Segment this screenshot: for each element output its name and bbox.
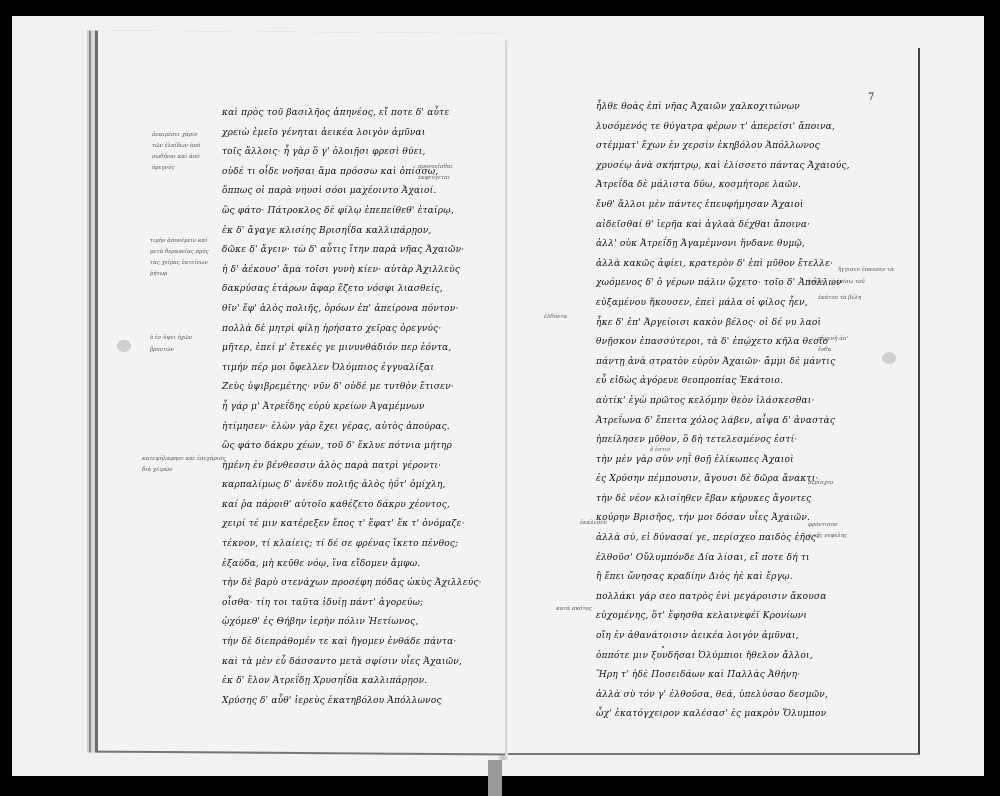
text-line: αὐτίκ' ἐγὼ πρῶτος κελόμην θεὸν ἱλάσκεσθα… [596, 392, 850, 412]
margin-note: κατεψήλαφησε καὶ ἐπεχάρισε [142, 454, 226, 465]
margin-note: ὁ τῆς νεφέλης [808, 531, 847, 542]
text-line: τὴν δὲ νέον κλισίηθεν ἔβαν κήρυκες ἄγοντ… [596, 490, 850, 510]
text-line: Ἀτρεΐωνα δ' ἔπειτα χόλος λάβεν, αἶψα δ' … [596, 412, 850, 432]
text-line: καὶ τὰ μὲν εὖ δάσσαντο μετὰ σφίσιν υἷες … [222, 653, 482, 673]
text-line: ἀλλ' οὐκ Ἀτρεΐδῃ Ἀγαμέμνονι ἥνδανε θυμῷ, [596, 235, 850, 255]
text-line: ἐκ δ' ἄγαγε κλισίης Βρισηΐδα καλλιπάρῃον… [222, 222, 482, 242]
text-line: ὅππως οἱ παρὰ νηυσὶ σόοι μαχέοιντο Ἀχαιο… [222, 182, 482, 202]
text-line: ἐλθοῦσ' Οὔλυμπόνδε Δία λίσαι, εἴ ποτε δή… [596, 549, 850, 569]
text-line: αἰδεῖσθαί θ' ἱερῆα καὶ ἀγλαὰ δέχθαι ἄποι… [596, 216, 850, 236]
text-line: Ἀτρεΐδα δὲ μάλιστα δύω, κοσμήτορε λαῶν. [596, 176, 850, 196]
text-line: ἢ ἔπει ὤνησας κραδίην Διὸς ἠὲ καὶ ἔργῳ. [596, 568, 850, 588]
margin-note: μετὰ θεραπείας πρὸς [150, 247, 209, 258]
text-line: ἐκ δ' ἕλον Ἀτρεΐδῃ Χρυσηΐδα καλλιπάρῃον. [222, 672, 482, 692]
margin-note: τιμὴν ἀπονέμειν καὶ [150, 236, 207, 247]
text-line: πολλάκι γάρ σεο πατρὸς ἐνὶ μεγάροισιν ἄκ… [596, 588, 850, 608]
text-line: Ἥρη τ' ἠδὲ Ποσειδάων καὶ Παλλὰς Ἀθήνη· [596, 666, 850, 686]
left-page-text: καὶ πρὸς τοῦ βασιλῆος ἀπηνέος, εἴ ποτε δ… [222, 104, 482, 711]
text-line: δακρύσας ἑτάρων ἄφαρ ἕζετο νόσφι λιασθεί… [222, 280, 482, 300]
ink-blot [117, 340, 131, 352]
text-line: ἦλθε θοὰς ἐπὶ νῆας Ἀχαιῶν χαλκοχιτώνων [596, 98, 850, 118]
margin-note: ἤγγισεν ἐπαυσεν τὰ [838, 265, 894, 276]
text-line: θῖν' ἔφ' ἁλὸς πολιῆς, ὁρόων ἐπ' ἀπείρονα… [222, 300, 482, 320]
text-line: ὣς φάτο δάκρυ χέων, τοῦ δ' ἔκλυε πότνια … [222, 437, 482, 457]
page-mark [662, 646, 664, 648]
margin-note: ἐλθόντα [544, 312, 567, 323]
margin-note: εὐμενῆ ἀπ' [818, 334, 848, 345]
margin-note: ἀναιρέσει χάριν [152, 130, 198, 141]
page-mark [358, 640, 360, 642]
text-line: πολλὰ δὲ μητρὶ φίλῃ ἠρήσατο χεῖρας ὀρεγν… [222, 320, 482, 340]
text-line: Χρύσης δ' αὖθ' ἱερεὺς ἑκατηβόλου Ἀπόλλων… [222, 692, 482, 712]
margin-note: φρόντισον [808, 520, 837, 531]
text-line: τιμήν πέρ μοι ὄφελλεν Ὀλύμπιος ἐγγυαλίξα… [222, 359, 482, 379]
text-line: καρπαλίμως δ' ἀνέδυ πολιῆς ἁλὸς ἠΰτ' ὀμί… [222, 476, 482, 496]
text-line: ὦχ' ἑκατόγχειρον καλέσασ' ἐς μακρὸν Ὄλυμ… [596, 705, 850, 725]
text-line: πάντῃ ἀνὰ στρατὸν εὐρὺν Ἀχαιῶν· ἄμμι δὲ … [596, 353, 850, 373]
text-line: λυσόμενός τε θύγατρα φέρων τ' ἀπερείσι' … [596, 118, 850, 138]
text-line: τὴν δὲ διεπράθομέν τε καὶ ἤγομεν ἐνθάδε … [222, 633, 482, 653]
right-page-text: ἦλθε θοὰς ἐπὶ νῆας Ἀχαιῶν χαλκοχιτώνων λ… [596, 98, 850, 725]
text-line: οἴη ἐν ἀθανάτοισιν ἀεικέα λοιγὸν ἀμῦναι, [596, 627, 850, 647]
margin-note: τῶν ἐλπίδων ἀπὸ [152, 141, 200, 152]
text-line: Ζεὺς ὑψιβρεμέτης· νῦν δ' οὐδέ με τυτθὸν … [222, 378, 482, 398]
margin-note: βροντῶν [150, 345, 174, 356]
text-line: ὣς φάτο· Πάτροκλος δὲ φίλῳ ἐπεπείθεθ' ἑτ… [222, 202, 482, 222]
margin-note: ὁ ἐν ὕψει ἠχῶν [150, 333, 192, 344]
margin-note: τὰς χεῖρας ἐκτείνων [150, 258, 208, 269]
text-line: ἠτίμησεν· ἑλὼν γὰρ ἔχει γέρας, αὐτὸς ἀπο… [222, 418, 482, 438]
text-line: χρειὼ ἐμεῖο γένηται ἀεικέα λοιγὸν ἀμῦναι [222, 124, 482, 144]
text-line: τὴν μὲν γὰρ σὺν νηῒ θοῇ ἑλίκωπες Ἀχαιοὶ [596, 451, 850, 471]
margin-note: ἔνθα [818, 345, 831, 356]
margin-note: κατὰ σκότος [556, 604, 592, 615]
margin-note: ἐνόσει τὸ ἐπίσω τοῦ [808, 277, 865, 288]
margin-note: διὰ χειρῶν [142, 465, 172, 476]
margin-note: ὅ ἐστιν [650, 445, 670, 456]
text-line: χειρί τέ μιν κατέρεξεν ἔπος τ' ἔφατ' ἔκ … [222, 515, 482, 535]
text-line: καί ῥα πάροιθ' αὐτοῖο καθέζετο δάκρυ χέο… [222, 496, 482, 516]
folio-number: 7 [868, 92, 874, 103]
page-edge-tab [488, 760, 502, 796]
text-line: εὐχομένης, ὅτ' ἔφησθα κελαινεφέϊ Κρονίων… [596, 607, 850, 627]
text-line: ἐξαύδα, μὴ κεῦθε νόῳ, ἵνα εἴδομεν ἄμφω. [222, 555, 482, 575]
margin-note: προνοεῖσθαι [418, 162, 453, 173]
text-line: τὴν δὲ βαρὺ στενάχων προσέφη πόδας ὠκὺς … [222, 574, 482, 594]
text-line: εὖ εἰδὼς ἀγόρευε θεοπροπίας Ἑκάτοιο. [596, 372, 850, 392]
text-line: ᾠχόμεθ' ἐς Θήβην ἱερὴν πόλιν Ἠετίωνος, [222, 613, 482, 633]
margin-note: ῥήτωρ [150, 269, 167, 280]
margin-note: ἐκάλεσεν [580, 518, 607, 529]
text-line: καὶ πρὸς τοῦ βασιλῆος ἀπηνέος, εἴ ποτε δ… [222, 104, 482, 124]
margin-note: περίσχεο [808, 478, 833, 489]
text-line: εὐξαμένου ἤκουσεν, ἐπεὶ μάλα οἱ φίλος ἦε… [596, 294, 850, 314]
margin-note: ὀρεγνύς [152, 163, 175, 174]
text-line: ἀλλὰ κακῶς ἀφίει, κρατερὸν δ' ἐπὶ μῦθον … [596, 255, 850, 275]
ink-blot [882, 352, 896, 364]
text-line: τοῖς ἄλλοις· ἦ γὰρ ὅ γ' ὀλοιῇσι φρεσὶ θύ… [222, 143, 482, 163]
text-line: ἡ δ' ἀέκουσ' ἅμα τοῖσι γυνὴ κίεν· αὐτὰρ … [222, 261, 482, 281]
text-line: δῶκε δ' ἄγειν· τὼ δ' αὖτις ἴτην παρὰ νῆα… [222, 241, 482, 261]
text-line: ἀλλὰ σὺ τόν γ' ἐλθοῦσα, θεά, ὑπελύσαο δε… [596, 686, 850, 706]
text-line: οἶσθα· τίη τοι ταῦτα ἰδυίῃ πάντ' ἀγορεύω… [222, 594, 482, 614]
text-line: ἡμένη ἐν βένθεσσιν ἁλὸς παρὰ πατρὶ γέρον… [222, 457, 482, 477]
text-line: ἦ γάρ μ' Ἀτρεΐδης εὐρὺ κρείων Ἀγαμέμνων [222, 398, 482, 418]
text-line: ἠπείλησεν μῦθον, ὃ δὴ τετελεσμένος ἐστί· [596, 431, 850, 451]
text-line: στέμματ' ἔχων ἐν χερσὶν ἑκηβόλου Ἀπόλλων… [596, 137, 850, 157]
text-line: ἧκε δ' ἐπ' Ἀργείοισι κακὸν βέλος· οἱ δέ … [596, 314, 850, 334]
text-line: θνῇσκον ἐπασσύτεροι, τὰ δ' ἐπῴχετο κῆλα … [596, 333, 850, 353]
text-line: μῆτερ, ἐπεί μ' ἔτεκές γε μινυνθάδιόν περ… [222, 339, 482, 359]
margin-note: ἐκφεύγεται [418, 173, 450, 184]
margin-note: σωθῆναι καὶ ἀπὸ [152, 152, 200, 163]
text-line: ὁππότε μιν ξυνδῆσαι Ὀλύμπιοι ἤθελον ἄλλο… [596, 647, 850, 667]
text-line: ἔνθ' ἄλλοι μὲν πάντες ἐπευφήμησαν Ἀχαιοὶ [596, 196, 850, 216]
text-line: τέκνον, τί κλαίεις; τί δέ σε φρένας ἵκετ… [222, 535, 482, 555]
text-line: χρυσέῳ ἀνὰ σκήπτρῳ, καὶ ἐλίσσετο πάντας … [596, 157, 850, 177]
margin-note: ἑκάτου τὰ βέλη [818, 293, 861, 304]
